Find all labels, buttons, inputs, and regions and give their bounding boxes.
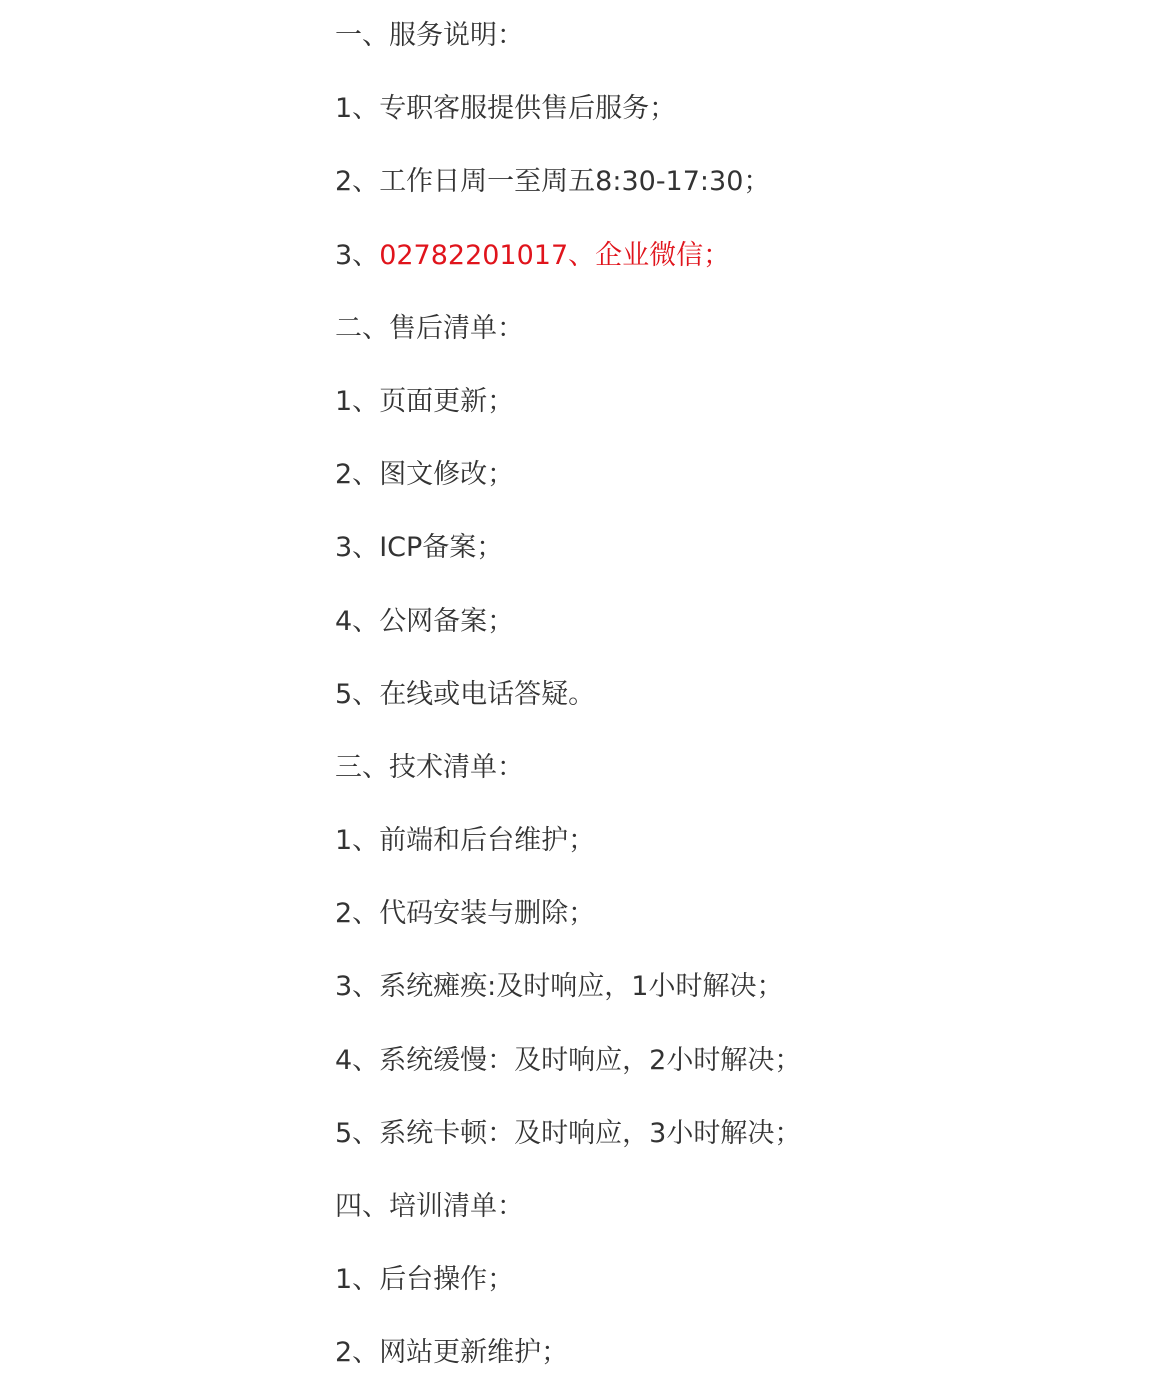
list-item: 4、系统缓慢：及时响应，2小时解决； [335,1024,1115,1097]
item-text: 图文修改； [379,459,514,490]
item-text: 在线或电话答疑。 [379,679,595,710]
item-number: 1、 [335,825,379,856]
contact-phone-wechat: 02782201017、企业微信； [379,240,730,271]
item-number: 5、 [335,1118,379,1149]
item-number: 2、 [335,1337,379,1368]
list-item: 5、在线或电话答疑。 [335,658,1115,731]
item-number: 3、 [335,971,379,1002]
item-text: 工作日周一至周五8:30-17:30； [379,166,770,197]
item-text: 专职客服提供售后服务； [379,93,676,124]
list-item-contact: 3、02782201017、企业微信； [335,219,1115,292]
list-item: 2、代码安装与删除； [335,877,1115,950]
item-text: 网站更新维护； [379,1337,568,1368]
list-item: 1、前端和后台维护； [335,804,1115,877]
item-text: 页面更新； [379,386,514,417]
item-text: 公网备案； [379,606,514,637]
item-text: 前端和后台维护； [379,825,595,856]
section-heading-service-description: 一、服务说明： [335,0,1115,72]
item-number: 2、 [335,166,379,197]
section-heading-after-sales: 二、售后清单： [335,292,1115,365]
section-heading-technical: 三、技术清单： [335,731,1115,804]
item-number: 5、 [335,679,379,710]
item-number: 2、 [335,898,379,929]
item-number: 1、 [335,1264,379,1295]
list-item: 2、图文修改； [335,438,1115,511]
item-number: 4、 [335,1045,379,1076]
list-item: 3、系统瘫痪:及时响应，1小时解决； [335,950,1115,1023]
list-item: 2、工作日周一至周五8:30-17:30； [335,145,1115,218]
item-text: 系统瘫痪:及时响应，1小时解决； [379,971,783,1002]
item-number: 3、 [335,532,379,563]
item-text: ICP备案； [379,532,503,563]
item-number: 4、 [335,606,379,637]
list-item: 4、公网备案； [335,585,1115,658]
item-number: 1、 [335,93,379,124]
item-number: 2、 [335,459,379,490]
service-document: 一、服务说明： 1、专职客服提供售后服务； 2、工作日周一至周五8:30-17:… [335,0,1115,1390]
item-text: 代码安装与删除； [379,898,595,929]
item-text: 系统卡顿：及时响应，3小时解决； [379,1118,801,1149]
item-text: 系统缓慢：及时响应，2小时解决； [379,1045,801,1076]
item-text: 后台操作； [379,1264,514,1295]
list-item: 1、专职客服提供售后服务； [335,72,1115,145]
item-number: 1、 [335,386,379,417]
list-item: 3、ICP备案； [335,511,1115,584]
section-heading-training: 四、培训清单： [335,1170,1115,1243]
list-item: 5、系统卡顿：及时响应，3小时解决； [335,1097,1115,1170]
list-item: 1、后台操作； [335,1243,1115,1316]
item-number: 3、 [335,240,379,271]
list-item: 2、网站更新维护； [335,1316,1115,1389]
list-item: 1、页面更新； [335,365,1115,438]
